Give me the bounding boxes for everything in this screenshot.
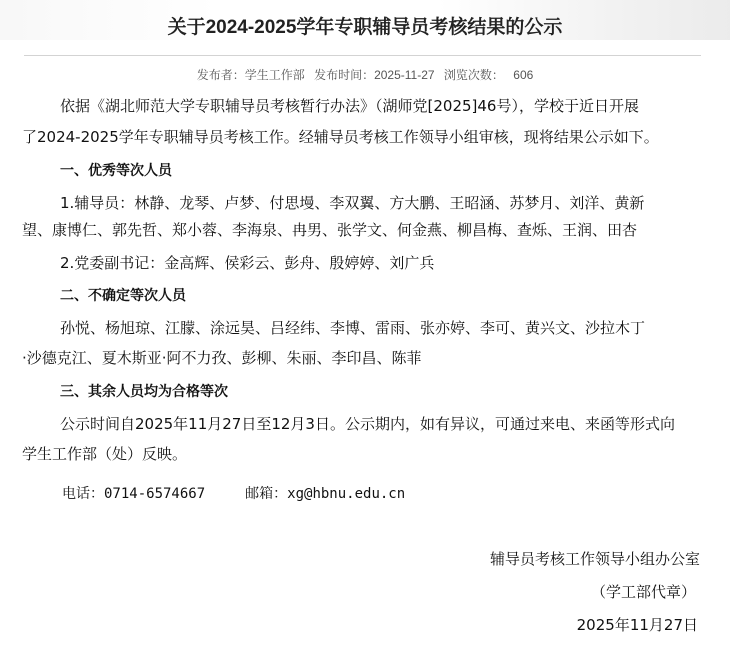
section-heading-undetermined: 二、不确定等次人员 — [22, 285, 186, 308]
section-heading-qualified: 三、其余人员均为合格等次 — [22, 381, 228, 404]
publisher: 发布者：学生工作部 — [197, 68, 305, 82]
signature-seal: （学工部代章） — [591, 581, 696, 602]
counselors-line-2: 望、康博仁、郭先哲、郑小蓉、李海泉、冉男、张学文、何金燕、柳昌梅、查烁、王润、田… — [22, 219, 637, 242]
article-meta: 发布者：学生工作部 发布时间：2025-11-27 浏览次数： 606 — [0, 66, 730, 83]
notice-line-2: 学生工作部（处）反映。 — [22, 443, 187, 466]
intro-line-2: 了2024-2025学年专职辅导员考核工作。经辅导员考核工作领导小组审核，现将结… — [22, 126, 659, 149]
signature-org: 辅导员考核工作领导小组办公室 — [490, 548, 700, 569]
secretaries-line: 2.党委副书记：金高辉、侯彩云、彭舟、殷婷婷、刘广兵 — [60, 252, 434, 275]
counselors-line-1: 1.辅导员：林静、龙琴、卢梦、付思墁、李双翼、方大鹏、王昭涵、苏梦月、刘洋、黄新 — [60, 192, 644, 215]
section-heading-excellent: 一、优秀等次人员 — [22, 160, 172, 183]
intro-line-1: 依据《湖北师范大学专职辅导员考核暂行办法》（湖师党[2025]46号），学校于近… — [60, 95, 639, 118]
view-count: 浏览次数： 606 — [444, 68, 533, 82]
signature-date: 2025年11月27日 — [577, 614, 698, 635]
view-count-label: 浏览次数： — [444, 68, 504, 82]
phone: 电话：0714-6574667 — [62, 486, 205, 502]
notice-line-1: 公示时间自2025年11月27日至12月3日。公示期内，如有异议，可通过来电、来… — [60, 413, 675, 436]
undetermined-line-1: 孙悦、杨旭琼、江朦、涂远昊、吕经纬、李博、雷雨、张亦婷、李可、黄兴文、沙拉木丁 — [60, 317, 645, 340]
contact-info: 电话：0714-6574667邮箱：xg@hbnu.edu.cn — [62, 483, 405, 503]
publish-date: 发布时间：2025-11-27 — [314, 68, 435, 82]
title-divider — [24, 55, 701, 56]
email: 邮箱：xg@hbnu.edu.cn — [245, 486, 405, 502]
page-title: 关于2024-2025学年专职辅导员考核结果的公示 — [0, 12, 730, 39]
undetermined-line-2: ·沙德克江、夏木斯亚·阿不力孜、彭柳、朱丽、李印昌、陈菲 — [22, 347, 422, 370]
view-count-value: 606 — [513, 68, 533, 82]
